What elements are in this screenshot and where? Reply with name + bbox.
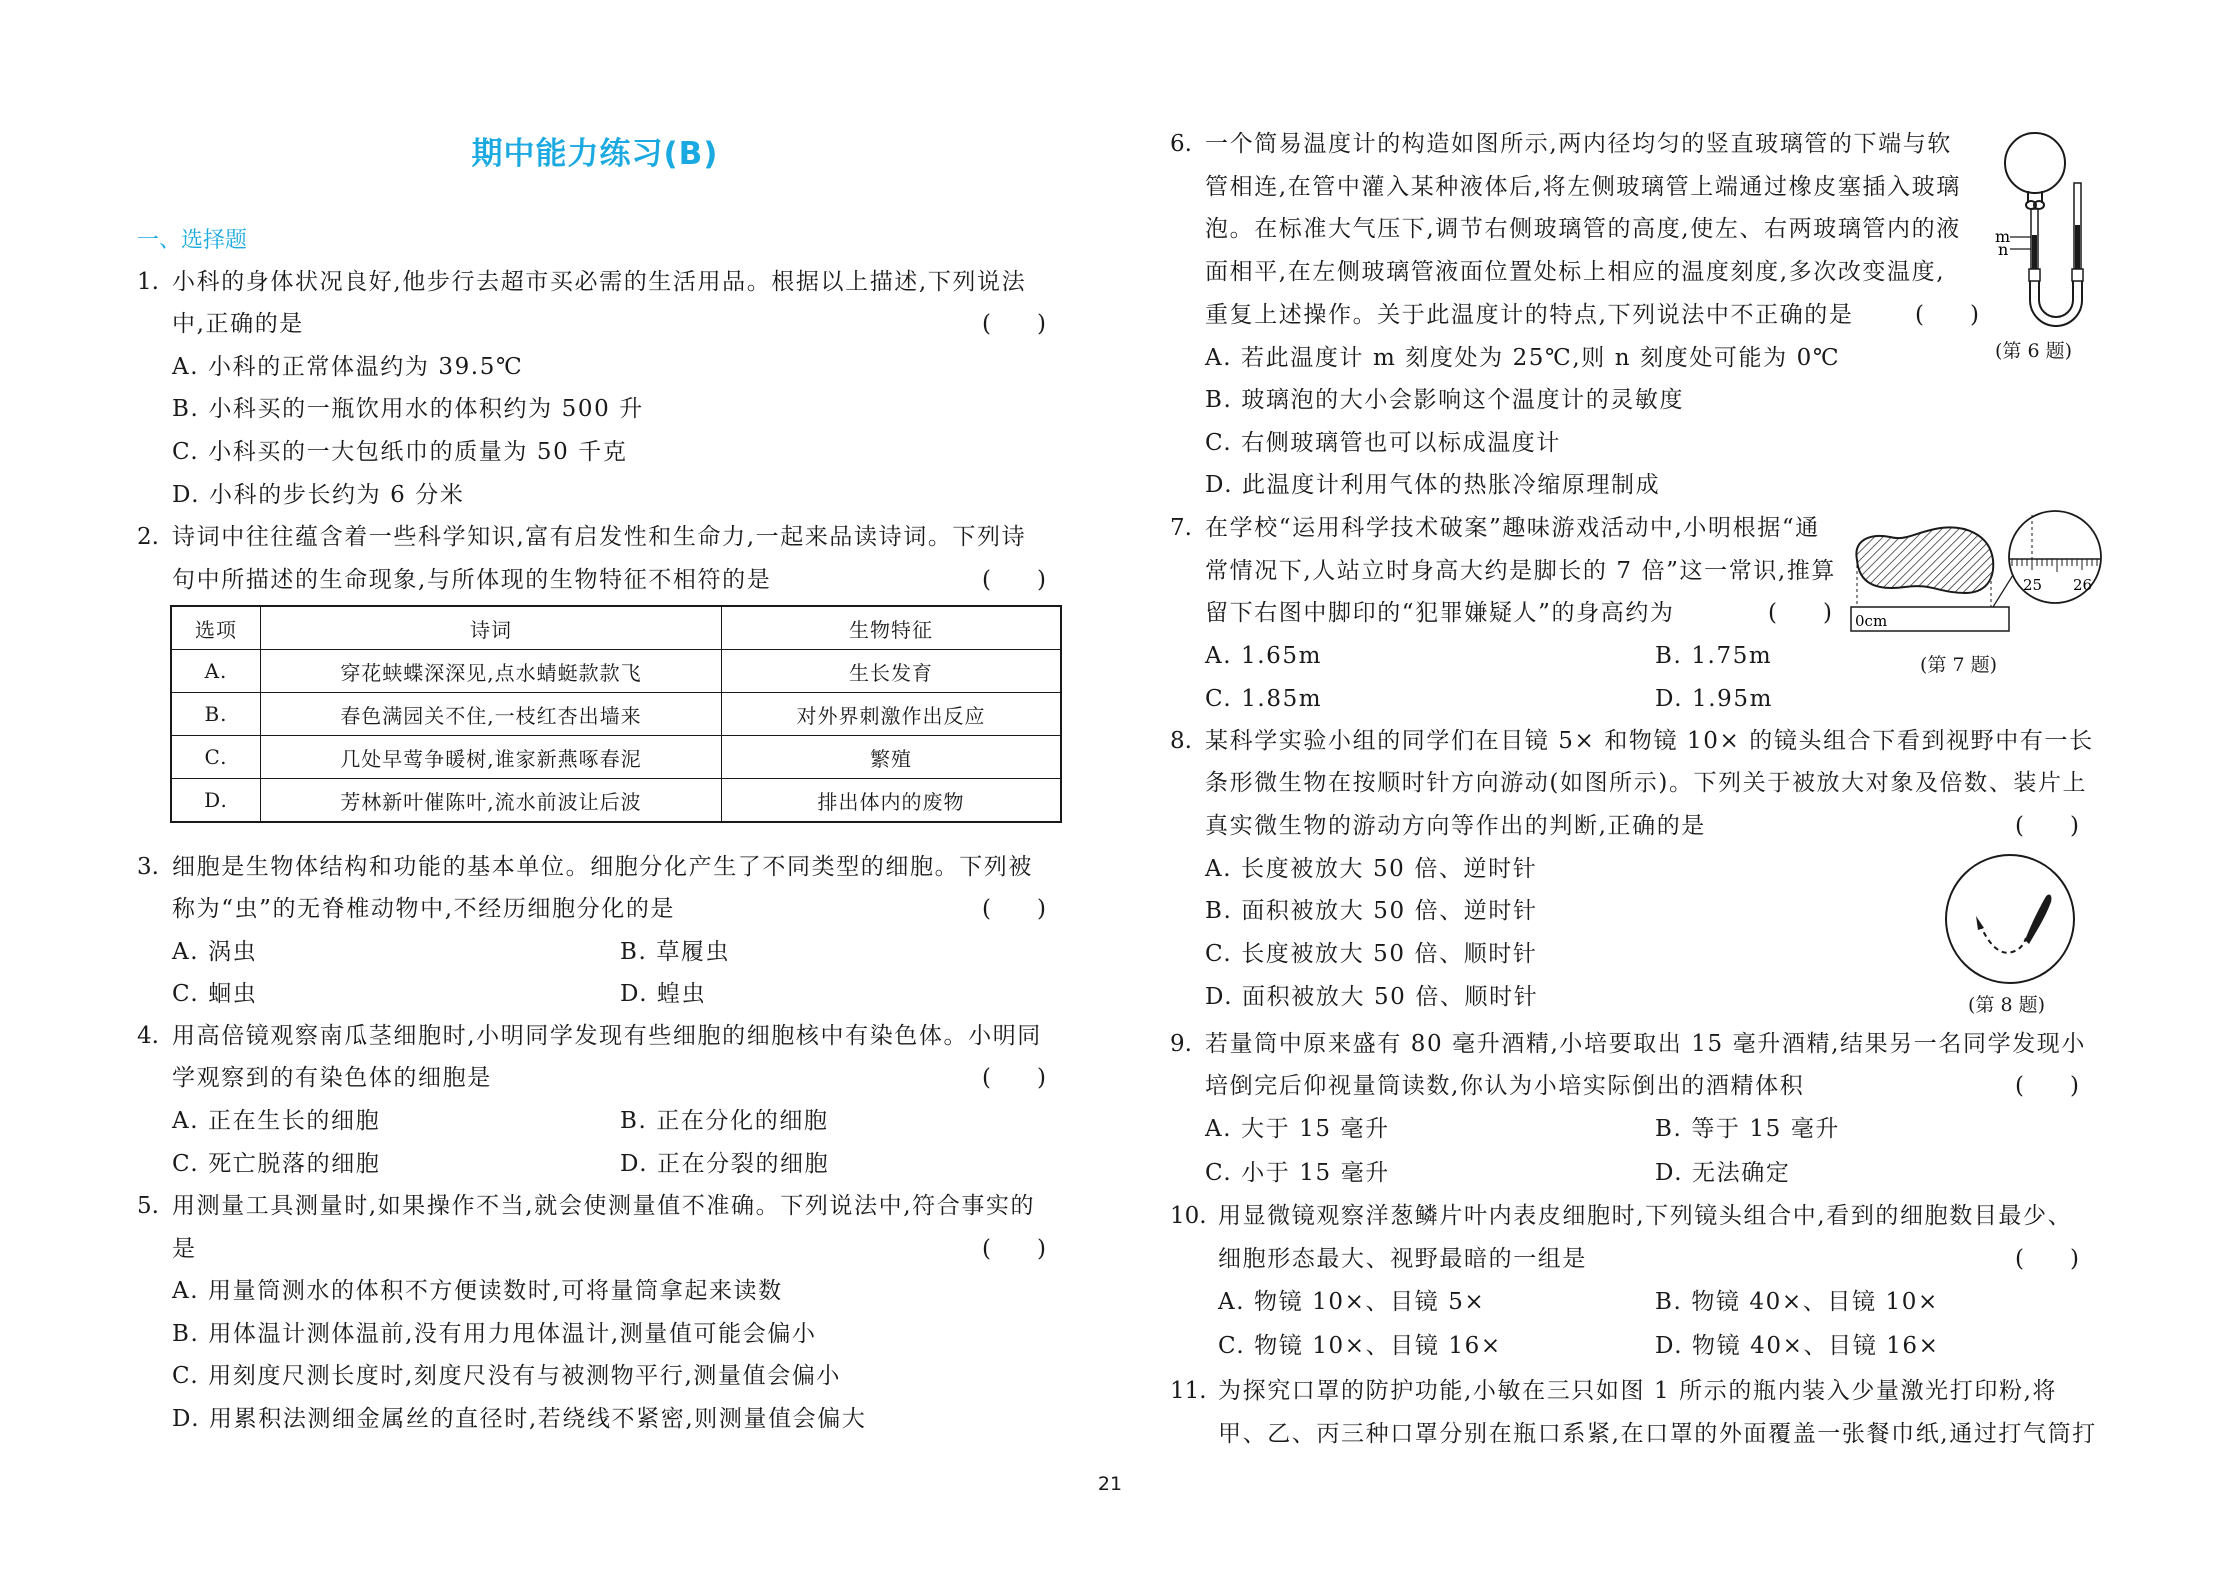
answer-blank[interactable]: ( ) [2015,811,2079,841]
option-b: B. 正在分化的细胞 [620,1106,829,1136]
answer-blank[interactable]: ( ) [982,565,1046,595]
option-d: D. 此温度计利用气体的热胀冷缩原理制成 [1205,470,1660,500]
question-number: 2. [137,522,159,552]
option-b: B. 草履虫 [620,937,730,967]
answer-blank[interactable]: ( ) [982,894,1046,924]
microscope-field-figure [1940,852,2080,992]
answer-blank[interactable]: ( ) [2015,1244,2079,1274]
question-text: 在学校“运用科学技术破案”趣味游戏活动中,小明根据“通 [1205,513,1820,543]
option-d: D. 蝗虫 [620,979,706,1009]
option-c: C. 蛔虫 [172,979,257,1009]
table-header: 诗词 [261,606,722,650]
option-b: B. 玻璃泡的大小会影响这个温度计的灵敏度 [1205,385,1684,415]
question-text: 用高倍镜观察南瓜茎细胞时,小明同学发现有些细胞的细胞核中有染色体。小明同 [172,1021,1042,1051]
figure-caption: (第 6 题) [1995,336,2072,363]
option-c: C. 长度被放大 50 倍、顺时针 [1205,939,1538,969]
question-number: 3. [137,852,159,882]
question-number: 6. [1170,129,1192,159]
question-text: 诗词中往往蕴含着一些科学知识,富有启发性和生命力,一起来品读诗词。下列诗 [172,522,1026,552]
table-row: C. 几处早莺争暖树,谁家新燕啄春泥 繁殖 [171,736,1061,779]
table-row: B. 春色满园关不住,一枝红杏出墙来 对外界刺激作出反应 [171,693,1061,736]
question-text: 留下右图中脚印的“犯罪嫌疑人”的身高约为 [1205,598,1675,628]
answer-blank[interactable]: ( ) [982,1063,1046,1093]
answer-blank[interactable]: ( ) [1915,300,1979,330]
answer-blank[interactable]: ( ) [982,309,1046,339]
option-c: C. 1.85m [1205,684,1322,714]
question-number: 1. [137,267,159,297]
question-number: 5. [137,1191,159,1221]
question-text: 若量筒中原来盛有 80 毫升酒精,小培要取出 15 毫升酒精,结果另一名同学发现… [1205,1029,2086,1059]
table-cell: 排出体内的废物 [722,779,1062,823]
option-b: B. 1.75m [1655,641,1772,671]
option-a: A. 用量筒测水的体积不方便读数时,可将量筒拿起来读数 [172,1276,783,1306]
answer-blank[interactable]: ( ) [1768,598,1832,628]
option-b: B. 物镜 40×、目镜 10× [1655,1287,1939,1317]
option-c: C. 物镜 10×、目镜 16× [1218,1331,1502,1361]
option-a: A. 大于 15 毫升 [1205,1114,1390,1144]
option-d: D. 小科的步长约为 6 分米 [172,480,465,510]
question-text: 小科的身体状况良好,他步行去超市买必需的生活用品。根据以上描述,下列说法 [172,267,1052,297]
table-cell: 穿花蛱蝶深深见,点水蜻蜓款款飞 [261,650,722,693]
option-c: C. 右侧玻璃管也可以标成温度计 [1205,428,1561,458]
table-cell: 繁殖 [722,736,1062,779]
question-text: 真实微生物的游动方向等作出的判断,正确的是 [1205,811,1706,841]
question-text: 细胞是生物体结构和功能的基本单位。细胞分化产生了不同类型的细胞。下列被 [172,852,1033,882]
option-c: C. 小于 15 毫升 [1205,1158,1390,1188]
question-text: 细胞形态最大、视野最暗的一组是 [1218,1244,1587,1274]
question-text: 中,正确的是 [172,309,304,339]
question-text: 称为“虫”的无脊椎动物中,不经历细胞分化的是 [172,894,675,924]
question-text: 面相平,在左侧玻璃管液面位置处标上相应的温度刻度,多次改变温度, [1205,257,1945,287]
option-d: D. 正在分裂的细胞 [620,1149,829,1179]
option-a: A. 小科的正常体温约为 39.5℃ [172,352,523,382]
ruler-tick-26: 26 [2073,576,2092,594]
option-d: D. 面积被放大 50 倍、顺时针 [1205,982,1538,1012]
table-row: A. 穿花蛱蝶深深见,点水蜻蜓款款飞 生长发育 [171,650,1061,693]
option-d: D. 1.95m [1655,684,1773,714]
table-cell: A. [171,650,261,693]
question-text: 用显微镜观察洋葱鳞片叶内表皮细胞时,下列镜头组合中,看到的细胞数目最少、 [1218,1201,2072,1231]
table-cell: 芳林新叶催陈叶,流水前波让后波 [261,779,722,823]
option-d: D. 物镜 40×、目镜 16× [1655,1331,1940,1361]
poem-table: 选项 诗词 生物特征 A. 穿花蛱蝶深深见,点水蜻蜓款款飞 生长发育 B. 春色… [170,605,1062,823]
question-text: 学观察到的有染色体的细胞是 [172,1063,492,1093]
table-cell: 对外界刺激作出反应 [722,693,1062,736]
table-cell: C. [171,736,261,779]
question-text: 条形微生物在按顺时针方向游动(如图所示)。下列关于被放大对象及倍数、装片上 [1205,768,2087,798]
footprint-figure: 0cm 25 26 [1845,515,2105,630]
option-a: A. 若此温度计 m 刻度处为 25℃,则 n 刻度处可能为 0℃ [1205,343,1840,373]
question-text: 泡。在标准大气压下,调节右侧玻璃管的高度,使左、右两玻璃管内的液 [1205,214,1961,244]
question-text: 是 [172,1234,197,1264]
option-a: A. 1.65m [1205,641,1322,671]
question-text: 一个简易温度计的构造如图所示,两内径均匀的竖直玻璃管的下端与软 [1205,129,1952,159]
question-text: 甲、乙、丙三种口罩分别在瓶口系紧,在口罩的外面覆盖一张餐巾纸,通过打气筒打 [1218,1419,2097,1449]
question-text: 管相连,在管中灌入某种液体后,将左侧玻璃管上端通过橡皮塞插入玻璃 [1205,172,1961,202]
label-n: n [1998,240,2008,259]
question-text: 句中所描述的生命现象,与所体现的生物特征不相符的是 [172,565,771,595]
figure-caption: (第 8 题) [1968,990,2045,1017]
question-text: 常情况下,人站立时身高大约是脚长的 7 倍”这一常识,推算 [1205,556,1836,586]
question-number: 7. [1170,513,1192,543]
option-d: D. 无法确定 [1655,1158,1790,1188]
section-heading: 一、选择题 [137,223,247,254]
option-a: A. 物镜 10×、目镜 5× [1218,1287,1485,1317]
option-b: B. 等于 15 毫升 [1655,1114,1840,1144]
question-number: 4. [137,1021,159,1051]
question-text: 用测量工具测量时,如果操作不当,就会使测量值不准确。下列说法中,符合事实的 [172,1191,1035,1221]
question-number: 10. [1170,1201,1207,1231]
table-row: D. 芳林新叶催陈叶,流水前波让后波 排出体内的废物 [171,779,1061,823]
answer-blank[interactable]: ( ) [2015,1071,2079,1101]
option-a: A. 长度被放大 50 倍、逆时针 [1205,854,1537,884]
table-header: 选项 [171,606,261,650]
question-number: 9. [1170,1029,1192,1059]
option-b: B. 面积被放大 50 倍、逆时针 [1205,896,1538,926]
option-a: A. 涡虫 [172,937,257,967]
ruler-zero-label: 0cm [1855,612,1887,630]
question-number: 8. [1170,726,1192,756]
table-cell: D. [171,779,261,823]
option-b: B. 用体温计测体温前,没有用力甩体温计,测量值可能会偏小 [172,1319,817,1349]
answer-blank[interactable]: ( ) [982,1234,1046,1264]
table-cell: B. [171,693,261,736]
table-cell: 几处早莺争暖树,谁家新燕啄春泥 [261,736,722,779]
option-c: C. 小科买的一大包纸巾的质量为 50 千克 [172,437,628,467]
table-header: 生物特征 [722,606,1062,650]
question-text: 重复上述操作。关于此温度计的特点,下列说法中不正确的是 [1205,300,1854,330]
figure-caption: (第 7 题) [1920,650,1997,677]
option-b: B. 小科买的一瓶饮用水的体积约为 500 升 [172,394,644,424]
page-number: 21 [0,1473,2220,1495]
option-c: C. 用刻度尺测长度时,刻度尺没有与被测物平行,测量值会偏小 [172,1361,841,1391]
option-a: A. 正在生长的细胞 [172,1106,380,1136]
table-header-row: 选项 诗词 生物特征 [171,606,1061,650]
page-title: 期中能力练习(B) [0,128,1190,173]
table-cell: 生长发育 [722,650,1062,693]
thermometer-figure: m n [1990,125,2100,335]
question-text: 培倒完后仰视量筒读数,你认为小培实际倒出的酒精体积 [1205,1071,1804,1101]
option-c: C. 死亡脱落的细胞 [172,1149,380,1179]
option-d: D. 用累积法测细金属丝的直径时,若绕线不紧密,则测量值会偏大 [172,1404,866,1434]
question-text: 某科学实验小组的同学们在目镜 5× 和物镜 10× 的镜头组合下看到视野中有一长 [1205,726,2094,756]
ruler-tick-25: 25 [2023,576,2042,594]
question-number: 11. [1170,1376,1207,1406]
question-text: 为探究口罩的防护功能,小敏在三只如图 1 所示的瓶内装入少量激光打印粉,将 [1218,1376,2057,1406]
table-cell: 春色满园关不住,一枝红杏出墙来 [261,693,722,736]
